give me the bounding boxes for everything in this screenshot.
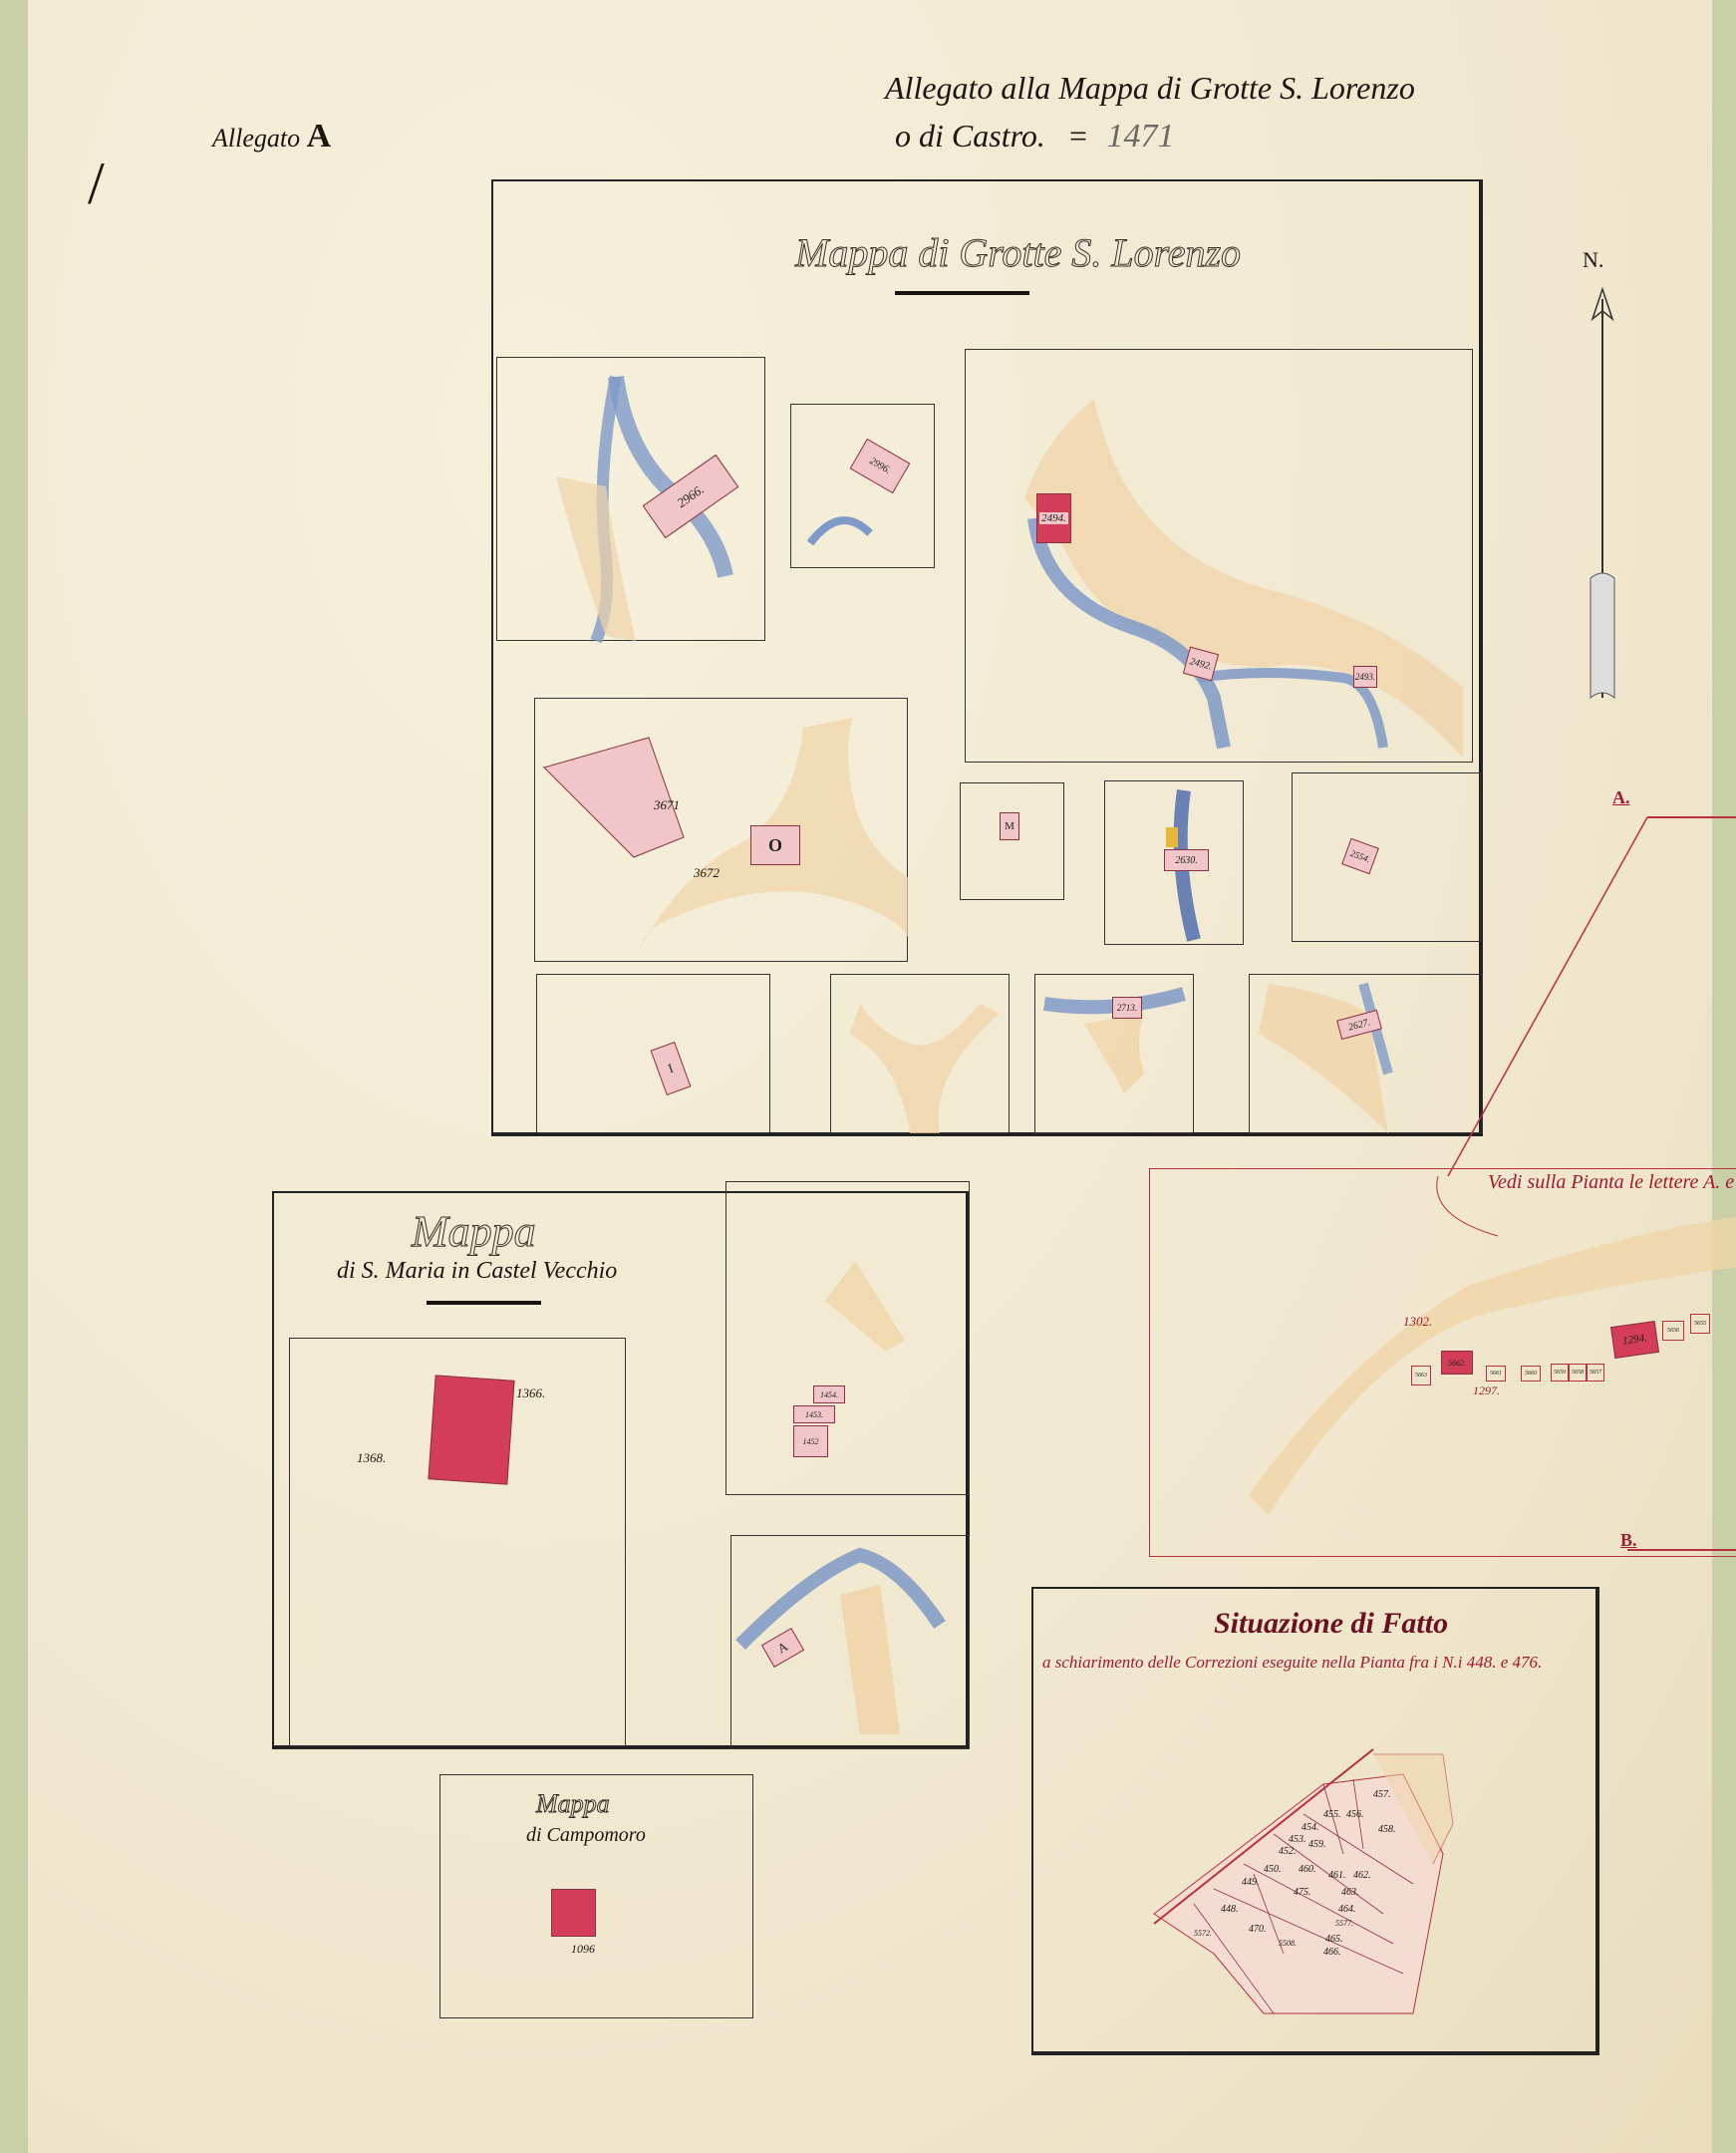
- margin-mark: /: [88, 150, 105, 218]
- parcel-1368: 1368.: [357, 1450, 386, 1466]
- parcel-5662: 5662.: [1441, 1351, 1473, 1375]
- parcel-2494: 2494.: [1036, 493, 1071, 543]
- parcel-o: O: [750, 825, 800, 865]
- situazione-title: Situazione di Fatto: [1214, 1607, 1448, 1641]
- parcel-5660: 5660: [1521, 1366, 1541, 1382]
- header-title-line2: o di Castro. = 1471: [895, 118, 1174, 155]
- parcel-463: 463.: [1341, 1887, 1359, 1898]
- header-title-line1: Allegato alla Mappa di Grotte S. Lorenzo: [885, 70, 1415, 107]
- parcel-448: 448.: [1221, 1904, 1239, 1915]
- map-sheet: Allegato A / Allegato alla Mappa di Grot…: [28, 0, 1712, 2153]
- river-icon: [496, 357, 765, 641]
- campomoro-title: Mappa: [536, 1789, 610, 1819]
- parcel-1452: 1452: [793, 1425, 828, 1457]
- river-road-icon: [965, 349, 1473, 763]
- parcel-5577: 5577.: [1335, 1919, 1353, 1928]
- attachment-label: Allegato A: [212, 118, 331, 155]
- letter-b: B.: [1620, 1530, 1637, 1551]
- parcel-459: 459.: [1308, 1839, 1326, 1850]
- letter-a: A.: [1612, 787, 1630, 808]
- title-underline: [895, 291, 1029, 295]
- parcel-1294: 1294.: [1610, 1321, 1659, 1359]
- parcel-1096: 1096: [571, 1942, 595, 1957]
- campomoro-subtitle: di Campomoro: [526, 1824, 646, 1847]
- parcel-462: 462.: [1353, 1870, 1371, 1881]
- parcel-466: 466.: [1323, 1947, 1341, 1958]
- river-icon: [790, 404, 935, 568]
- parcel-5663: 5663: [1411, 1366, 1431, 1385]
- parcel-456: 456.: [1346, 1809, 1364, 1820]
- section-lines: [1149, 797, 1736, 1575]
- parcel-458: 458.: [1378, 1824, 1396, 1835]
- parcel-454: 454.: [1302, 1822, 1319, 1833]
- parcel-464: 464.: [1338, 1904, 1356, 1915]
- parcel-457: 457.: [1373, 1789, 1391, 1800]
- parcel-1454: 1454.: [813, 1385, 845, 1403]
- parcel-1297: 1297.: [1473, 1384, 1500, 1398]
- parcel-2713: 2713.: [1112, 997, 1142, 1019]
- road-icon: [725, 1181, 970, 1495]
- parcel-1302: 1302.: [1403, 1314, 1432, 1330]
- parcel-5508: 5508.: [1279, 1939, 1297, 1948]
- parcel-1453: 1453.: [793, 1405, 835, 1423]
- parcel-5658: 5658: [1569, 1364, 1587, 1382]
- parcel-m: M: [1000, 812, 1019, 840]
- parcel-1366-building: [428, 1375, 514, 1484]
- parcel-449: 449.: [1242, 1877, 1260, 1888]
- parcel-453: 453.: [1289, 1834, 1306, 1845]
- grotte-map-title: Mappa di Grotte S. Lorenzo: [795, 229, 1241, 276]
- parcel-450: 450.: [1264, 1864, 1282, 1875]
- parcel-1366: 1366.: [516, 1385, 545, 1401]
- parcel-5661: 5661: [1486, 1366, 1506, 1382]
- road-icon: [830, 974, 1010, 1133]
- parcel-460: 460.: [1299, 1864, 1316, 1875]
- parcel-475: 475.: [1294, 1887, 1311, 1898]
- inset-m: [960, 782, 1064, 900]
- parcel-5659: 5659: [1551, 1364, 1569, 1382]
- parcel-5572: 5572.: [1194, 1929, 1212, 1938]
- situazione-subtitle: a schiarimento delle Correzioni eseguite…: [1042, 1653, 1542, 1673]
- santa-maria-title: Mappa: [412, 1206, 536, 1257]
- parcel-461: 461.: [1328, 1870, 1346, 1881]
- north-label: N.: [1583, 247, 1603, 273]
- parcel-5655: 5655: [1690, 1314, 1710, 1334]
- road-icon: [534, 698, 908, 962]
- parcel-3671: 3671: [654, 797, 680, 813]
- parcel-5657: 5657: [1587, 1364, 1604, 1382]
- parcel-3672: 3672: [694, 865, 720, 881]
- parcel-470: 470.: [1249, 1924, 1267, 1935]
- parcel-5656: 5656: [1662, 1321, 1684, 1341]
- parcel-2493: 2493.: [1353, 666, 1377, 688]
- north-arrow-icon: [1583, 289, 1622, 708]
- title-underline: [427, 1301, 541, 1305]
- campomoro-building: [551, 1889, 596, 1937]
- parcel-465: 465.: [1325, 1934, 1343, 1945]
- santa-maria-subtitle: di S. Maria in Castel Vecchio: [337, 1258, 617, 1285]
- parcel-452: 452.: [1279, 1846, 1297, 1857]
- parcel-block-icon: [1154, 1754, 1453, 2013]
- parcel-455: 455.: [1323, 1809, 1341, 1820]
